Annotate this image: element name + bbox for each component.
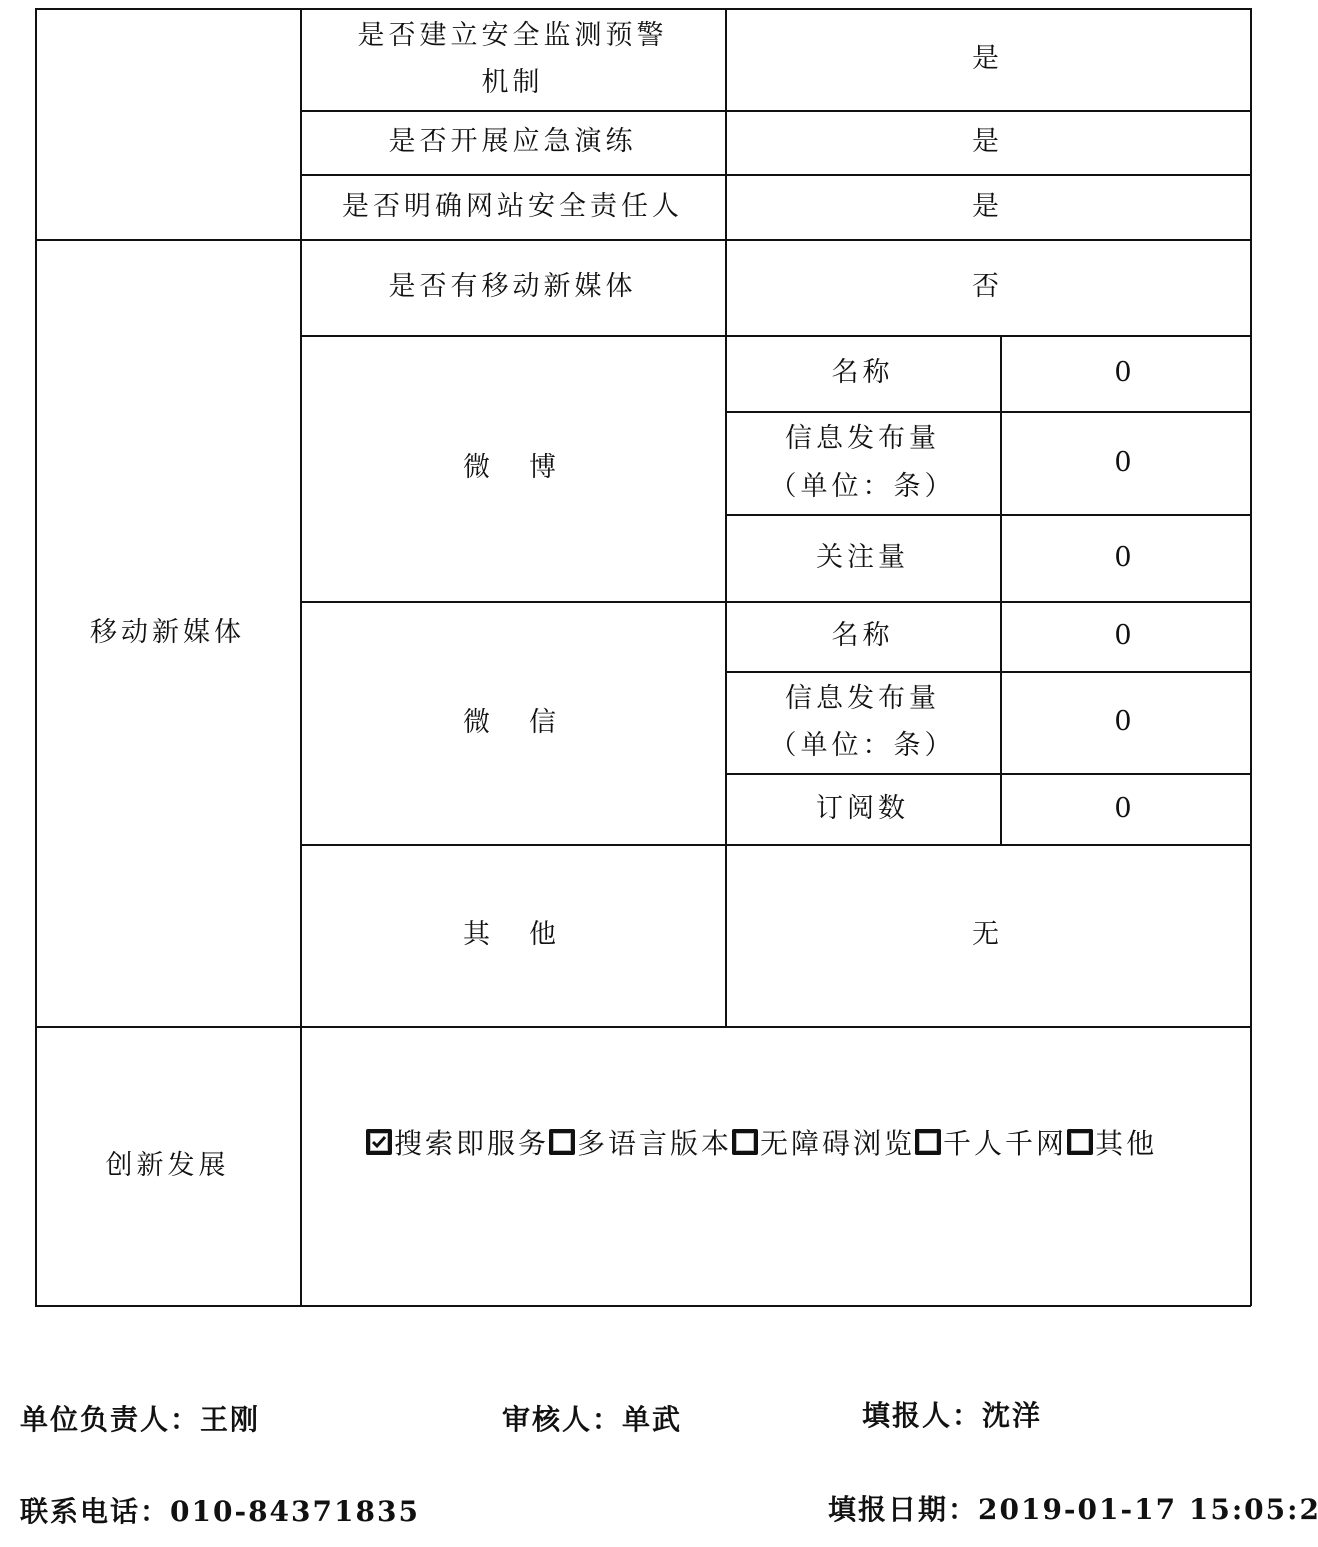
option-label: 无障碍浏览 [760, 1122, 915, 1162]
unit-head: 单位负责人：王刚 [20, 1398, 260, 1438]
option-label: 其他 [1095, 1122, 1157, 1162]
option-label: 多语言版本 [577, 1122, 732, 1162]
wechat-subscribers-label: 订阅数 [725, 773, 1000, 844]
weibo-posts-value: 0 [1000, 411, 1250, 514]
weibo-label: 微 博 [300, 335, 725, 601]
option-label: 搜索即服务 [394, 1122, 549, 1162]
option-label: 千人千网 [943, 1122, 1067, 1162]
innovation-options: 搜索即服务 多语言版本 无障碍浏览 千人千网 其他 [366, 1122, 1157, 1162]
label-line: 机制 [482, 59, 544, 106]
label-line: （单位：条） [770, 463, 956, 510]
innovation-section-label: 创新发展 [35, 1026, 300, 1306]
weibo-followers-value: 0 [1000, 514, 1250, 601]
wechat-label: 微 信 [300, 601, 725, 844]
security-monitoring-label: 是否建立安全监测预警 机制 [300, 8, 725, 110]
filler: 填报人：沈洋 [862, 1394, 1042, 1434]
has-mobile-label: 是否有移动新媒体 [300, 239, 725, 335]
weibo-name-label: 名称 [725, 335, 1000, 411]
label-line: （单位：条） [770, 722, 956, 769]
label-line: 是否建立安全监测预警 [358, 12, 668, 59]
other-label: 其 他 [300, 844, 725, 1026]
wechat-name-label: 名称 [725, 601, 1000, 671]
mobile-section-label: 移动新媒体 [35, 239, 300, 1026]
wechat-posts-label: 信息发布量 （单位：条） [725, 671, 1000, 773]
contact-phone: 联系电话：010-84371835 [20, 1490, 420, 1530]
wechat-subscribers-value: 0 [1000, 773, 1250, 844]
label-line: 信息发布量 [785, 415, 940, 462]
emergency-drill-label: 是否开展应急演练 [300, 110, 725, 174]
security-monitoring-value: 是 [725, 8, 1250, 110]
emergency-drill-value: 是 [725, 110, 1250, 174]
fill-date: 填报日期：2019-01-17 15:05:22 [828, 1488, 1318, 1528]
security-owner-value: 是 [725, 174, 1250, 239]
has-mobile-value: 否 [725, 239, 1250, 335]
security-owner-label: 是否明确网站安全责任人 [300, 174, 725, 239]
weibo-posts-label: 信息发布量 （单位：条） [725, 411, 1000, 514]
checkbox-other[interactable] [1067, 1129, 1093, 1155]
reviewer: 审核人：单武 [502, 1398, 682, 1438]
other-value: 无 [725, 844, 1250, 1026]
wechat-name-value: 0 [1000, 601, 1250, 671]
weibo-followers-label: 关注量 [725, 514, 1000, 601]
checkbox-personalized[interactable] [915, 1129, 941, 1155]
checkmark-icon [371, 1134, 387, 1150]
checkbox-multilingual[interactable] [549, 1129, 575, 1155]
weibo-name-value: 0 [1000, 335, 1250, 411]
table-border-right [1250, 8, 1252, 1306]
checkbox-search-service[interactable] [366, 1129, 392, 1155]
checkbox-accessibility[interactable] [732, 1129, 758, 1155]
wechat-posts-value: 0 [1000, 671, 1250, 773]
label-line: 信息发布量 [785, 675, 940, 722]
